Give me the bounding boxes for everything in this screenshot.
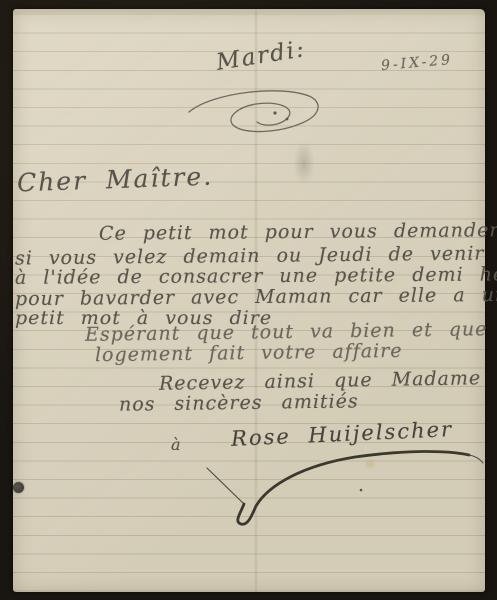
letter-line: logement fait votre affaire: [95, 340, 403, 366]
letter-page: Mardi: 9-IX-29 Cher Maître. Ce petit mot…: [13, 9, 485, 592]
salutation: Cher Maître.: [17, 162, 214, 198]
letter-line: Ce petit mot pour vous demander: [99, 219, 497, 244]
signature-flourish-icon: [193, 438, 485, 580]
scanned-letter-background: Mardi: 9-IX-29 Cher Maître. Ce petit mot…: [0, 0, 497, 600]
smudge-mark: [293, 141, 315, 185]
closing-line: nos sincères amitiés: [119, 390, 359, 415]
dateline-day: Mardi:: [215, 36, 308, 76]
dateline-date: 9-IX-29: [380, 52, 453, 74]
stray-mark: à: [171, 435, 182, 454]
scribble-flourish-icon: [185, 82, 325, 140]
punch-hole: [13, 482, 24, 493]
